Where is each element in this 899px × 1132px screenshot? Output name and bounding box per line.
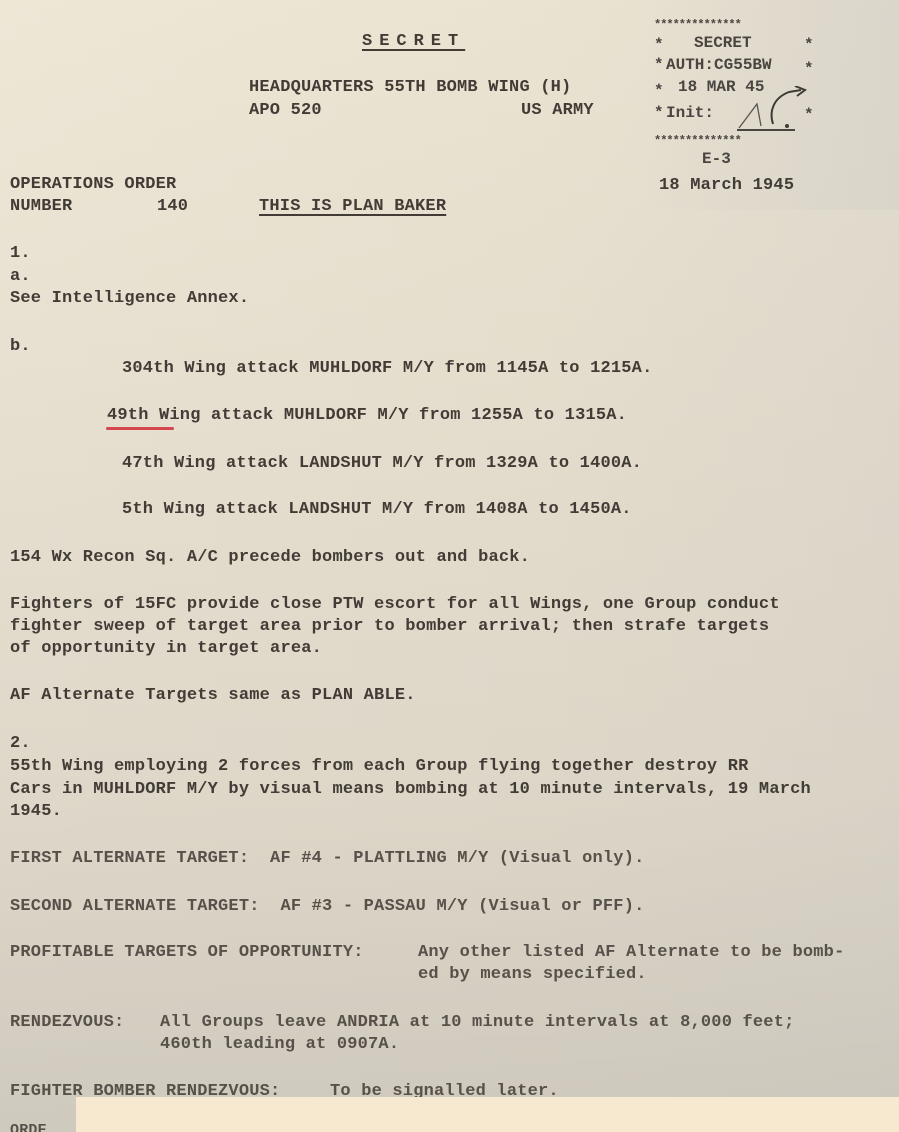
stamp-star: * bbox=[654, 82, 664, 100]
profitable-targets-label: PROFITABLE TARGETS OF OPPORTUNITY: bbox=[10, 943, 364, 962]
fighters-line: fighter sweep of target area prior to bo… bbox=[10, 617, 769, 636]
stamp-star: * bbox=[654, 104, 664, 122]
fighters-line: of opportunity in target area. bbox=[10, 639, 322, 658]
stamp-star: * bbox=[654, 56, 664, 74]
recon-text: 154 Wx Recon Sq. A/C precede bombers out… bbox=[10, 548, 530, 567]
attack-line: 47th Wing attack LANDSHUT M/Y from 1329A… bbox=[122, 454, 642, 473]
attack-line: 5th Wing attack LANDSHUT M/Y from 1408A … bbox=[122, 500, 632, 519]
stamp-star: * bbox=[804, 36, 814, 54]
alternate-targets-text: AF Alternate Targets same as PLAN ABLE. bbox=[10, 686, 416, 705]
stamp-auth: AUTH:CG55BW bbox=[666, 56, 772, 74]
attack-line: 304th Wing attack MUHLDORF M/Y from 1145… bbox=[122, 359, 653, 378]
headquarters-line: HEADQUARTERS 55TH BOMB WING (H) bbox=[249, 78, 571, 97]
stamp-star: * bbox=[804, 60, 814, 78]
apo-line: APO 520 bbox=[249, 101, 322, 120]
order-title: OPERATIONS ORDER bbox=[10, 175, 176, 194]
stamp-star: * bbox=[654, 36, 664, 54]
classification-heading: SECRET bbox=[362, 32, 465, 51]
section-1a-label: a. bbox=[10, 267, 31, 286]
intelligence-annex-text: See Intelligence Annex. bbox=[10, 289, 249, 308]
plan-title: THIS IS PLAN BAKER bbox=[259, 197, 446, 216]
profitable-targets-text: Any other listed AF Alternate to be bomb… bbox=[418, 943, 844, 962]
army-line: US ARMY bbox=[521, 101, 594, 120]
section-1b-label: b. bbox=[10, 337, 31, 356]
order-number: 140 bbox=[157, 197, 188, 216]
stamp-border-bottom: ************** bbox=[654, 134, 741, 148]
stamp-border-top: ************** bbox=[654, 18, 741, 32]
rendezvous-text: All Groups leave ANDRIA at 10 minute int… bbox=[160, 1013, 795, 1032]
mission-line: 1945. bbox=[10, 802, 62, 821]
profitable-targets-text: ed by means specified. bbox=[418, 965, 647, 984]
attack-line: 49th Wing attack MUHLDORF M/Y from 1255A… bbox=[107, 406, 627, 425]
order-number-label: NUMBER bbox=[10, 197, 72, 216]
stamp-init-label: Init: bbox=[666, 104, 714, 122]
initials-signature-icon bbox=[735, 86, 815, 136]
section-1-number: 1. bbox=[10, 244, 31, 263]
rendezvous-label: RENDEZVOUS: bbox=[10, 1013, 124, 1032]
cutoff-heading: ORDE bbox=[10, 1122, 47, 1132]
stamp-code: E-3 bbox=[702, 150, 731, 168]
mission-line: Cars in MUHLDORF M/Y by visual means bom… bbox=[10, 780, 811, 799]
section-2-number: 2. bbox=[10, 734, 31, 753]
stamp-classification: SECRET bbox=[694, 34, 752, 52]
first-alternate-target: FIRST ALTERNATE TARGET: AF #4 - PLATTLIN… bbox=[10, 849, 645, 868]
fighters-line: Fighters of 15FC provide close PTW escor… bbox=[10, 595, 780, 614]
order-date: 18 March 1945 bbox=[659, 176, 794, 195]
rendezvous-text: 460th leading at 0907A. bbox=[160, 1035, 399, 1054]
overlapping-paper-slip bbox=[76, 1097, 899, 1132]
mission-line: 55th Wing employing 2 forces from each G… bbox=[10, 757, 749, 776]
red-pencil-underline bbox=[106, 427, 174, 430]
second-alternate-target: SECOND ALTERNATE TARGET: AF #3 - PASSAU … bbox=[10, 897, 645, 916]
